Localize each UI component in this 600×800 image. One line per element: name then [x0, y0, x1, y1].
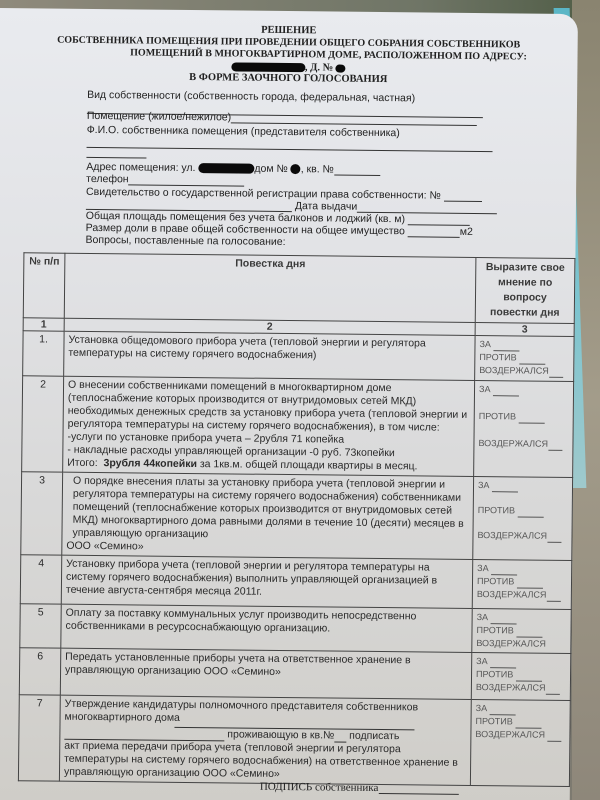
- agenda-table: № п/п Повестка дня Выразите свое мнение …: [18, 252, 576, 787]
- vote-block-4: ЗА ПРОТИВ ВОЗДЕРЖАЛСЯ: [472, 559, 572, 609]
- vote-against[interactable]: ПРОТИВ: [477, 575, 567, 589]
- vote-block-6: ЗА ПРОТИВ ВОЗДЕРЖАЛСЯ: [471, 652, 570, 700]
- redacted-house-num: [291, 164, 301, 174]
- agenda-item-7: Утверждение кандидатуры полномочного пре…: [59, 695, 471, 785]
- header-num: № п/п: [23, 253, 65, 318]
- agenda-item-1: Установка общедомового прибора учета (те…: [64, 331, 475, 380]
- vote-block-1: ЗА ПРОТИВ ВОЗДЕРЖАЛСЯ: [475, 335, 574, 381]
- vote-for[interactable]: ЗА: [479, 338, 569, 352]
- vote-against[interactable]: ПРОТИВ: [479, 351, 569, 365]
- header-opinion: Выразите свое мнение по вопросу повестки…: [475, 257, 575, 323]
- vote-abstain[interactable]: ВОЗДЕРЖАЛСЯ: [475, 728, 565, 742]
- agenda-item-5: Оплату за поставку коммунальных услуг пр…: [61, 604, 472, 652]
- table-header-row: № п/п Повестка дня Выразите свое мнение …: [23, 253, 575, 324]
- owner-signature-field[interactable]: ПОДПИСЬ собственника: [260, 781, 459, 795]
- table-row: 1. Установка общедомового прибора учета …: [23, 331, 574, 382]
- vote-abstain[interactable]: ВОЗДЕРЖАЛСЯ: [477, 588, 567, 602]
- vote-against[interactable]: ПРОТИВ: [476, 668, 566, 682]
- redacted-street-name: [198, 163, 254, 174]
- agenda-item-6: Передать установленные приборы учета на …: [60, 648, 471, 699]
- redacted-house-number: [336, 64, 346, 72]
- owner-name-label: Ф.И.О. собственника помещения (представи…: [87, 124, 400, 139]
- vote-against[interactable]: ПРОТИВ: [475, 715, 565, 729]
- vote-block-5: ЗА ПРОТИВ ВОЗДЕРЖАЛСЯ: [472, 608, 571, 653]
- table-row: 3 О порядке внесения платы за установку …: [21, 472, 573, 561]
- questions-label: Вопросы, поставленные па голосование:: [86, 234, 286, 248]
- ownership-type-label: Вид собственности (собственность города,…: [87, 89, 415, 104]
- apartment-number-blank[interactable]: [334, 732, 346, 743]
- phone-field[interactable]: телефон: [86, 173, 245, 187]
- vote-for[interactable]: ЗА: [476, 702, 566, 716]
- vote-abstain[interactable]: ВОЗДЕРЖАЛСЯ: [477, 529, 567, 543]
- agenda-item-2: О внесении собственниками помещений в мн…: [63, 376, 475, 476]
- vote-against[interactable]: ПРОТИВ: [476, 624, 566, 638]
- vote-block-7: ЗА ПРОТИВ ВОЗДЕРЖАЛСЯ: [470, 699, 570, 786]
- vote-abstain[interactable]: ВОЗДЕРЖАЛСЯ: [476, 637, 566, 651]
- vote-against[interactable]: ПРОТИВ: [479, 410, 569, 424]
- table-row: 2 О внесении собственниками помещений в …: [22, 376, 574, 478]
- vote-for[interactable]: ЗА: [477, 562, 567, 576]
- owner-name-line-2[interactable]: [86, 157, 146, 159]
- vote-for[interactable]: ЗА: [479, 383, 569, 397]
- header-agenda: Повестка дня: [64, 253, 476, 322]
- vote-block-2: ЗА ПРОТИВ ВОЗДЕРЖАЛСЯ: [474, 380, 574, 477]
- owner-name-line[interactable]: [87, 147, 493, 152]
- vote-for[interactable]: ЗА: [478, 479, 568, 493]
- document-page: РЕШЕНИЕ СОБСТВЕННИКА ПОМЕЩЕНИЯ ПРИ ПРОВЕ…: [0, 8, 578, 800]
- table-row: 7 Утверждение кандидатуры полномочного п…: [18, 695, 570, 787]
- vote-abstain[interactable]: ВОЗДЕРЖАЛСЯ: [479, 364, 569, 378]
- total-amount: 3рубля 44копейки: [103, 457, 197, 470]
- table-row: 5 Оплату за поставку коммунальных услуг …: [20, 604, 571, 654]
- agenda-item-3: О порядке внесения платы за установку пр…: [62, 472, 474, 559]
- vote-against[interactable]: ПРОТИВ: [478, 504, 568, 518]
- agenda-item-4: Установку прибора учета (тепловой энерги…: [61, 555, 472, 608]
- vote-block-3: ЗА ПРОТИВ ВОЗДЕРЖАЛСЯ: [473, 476, 573, 560]
- redacted-street: [231, 63, 305, 73]
- vote-abstain[interactable]: ВОЗДЕРЖАЛСЯ: [476, 681, 566, 695]
- table-row: 4 Установку прибора учета (тепловой энер…: [20, 555, 571, 610]
- apartment-field[interactable]: [334, 165, 380, 176]
- vote-for[interactable]: ЗА: [477, 611, 567, 625]
- vote-for[interactable]: ЗА: [476, 655, 566, 669]
- vote-abstain[interactable]: ВОЗДЕРЖАЛСЯ: [478, 437, 568, 451]
- table-row: 6 Передать установленные приборы учета н…: [19, 648, 570, 701]
